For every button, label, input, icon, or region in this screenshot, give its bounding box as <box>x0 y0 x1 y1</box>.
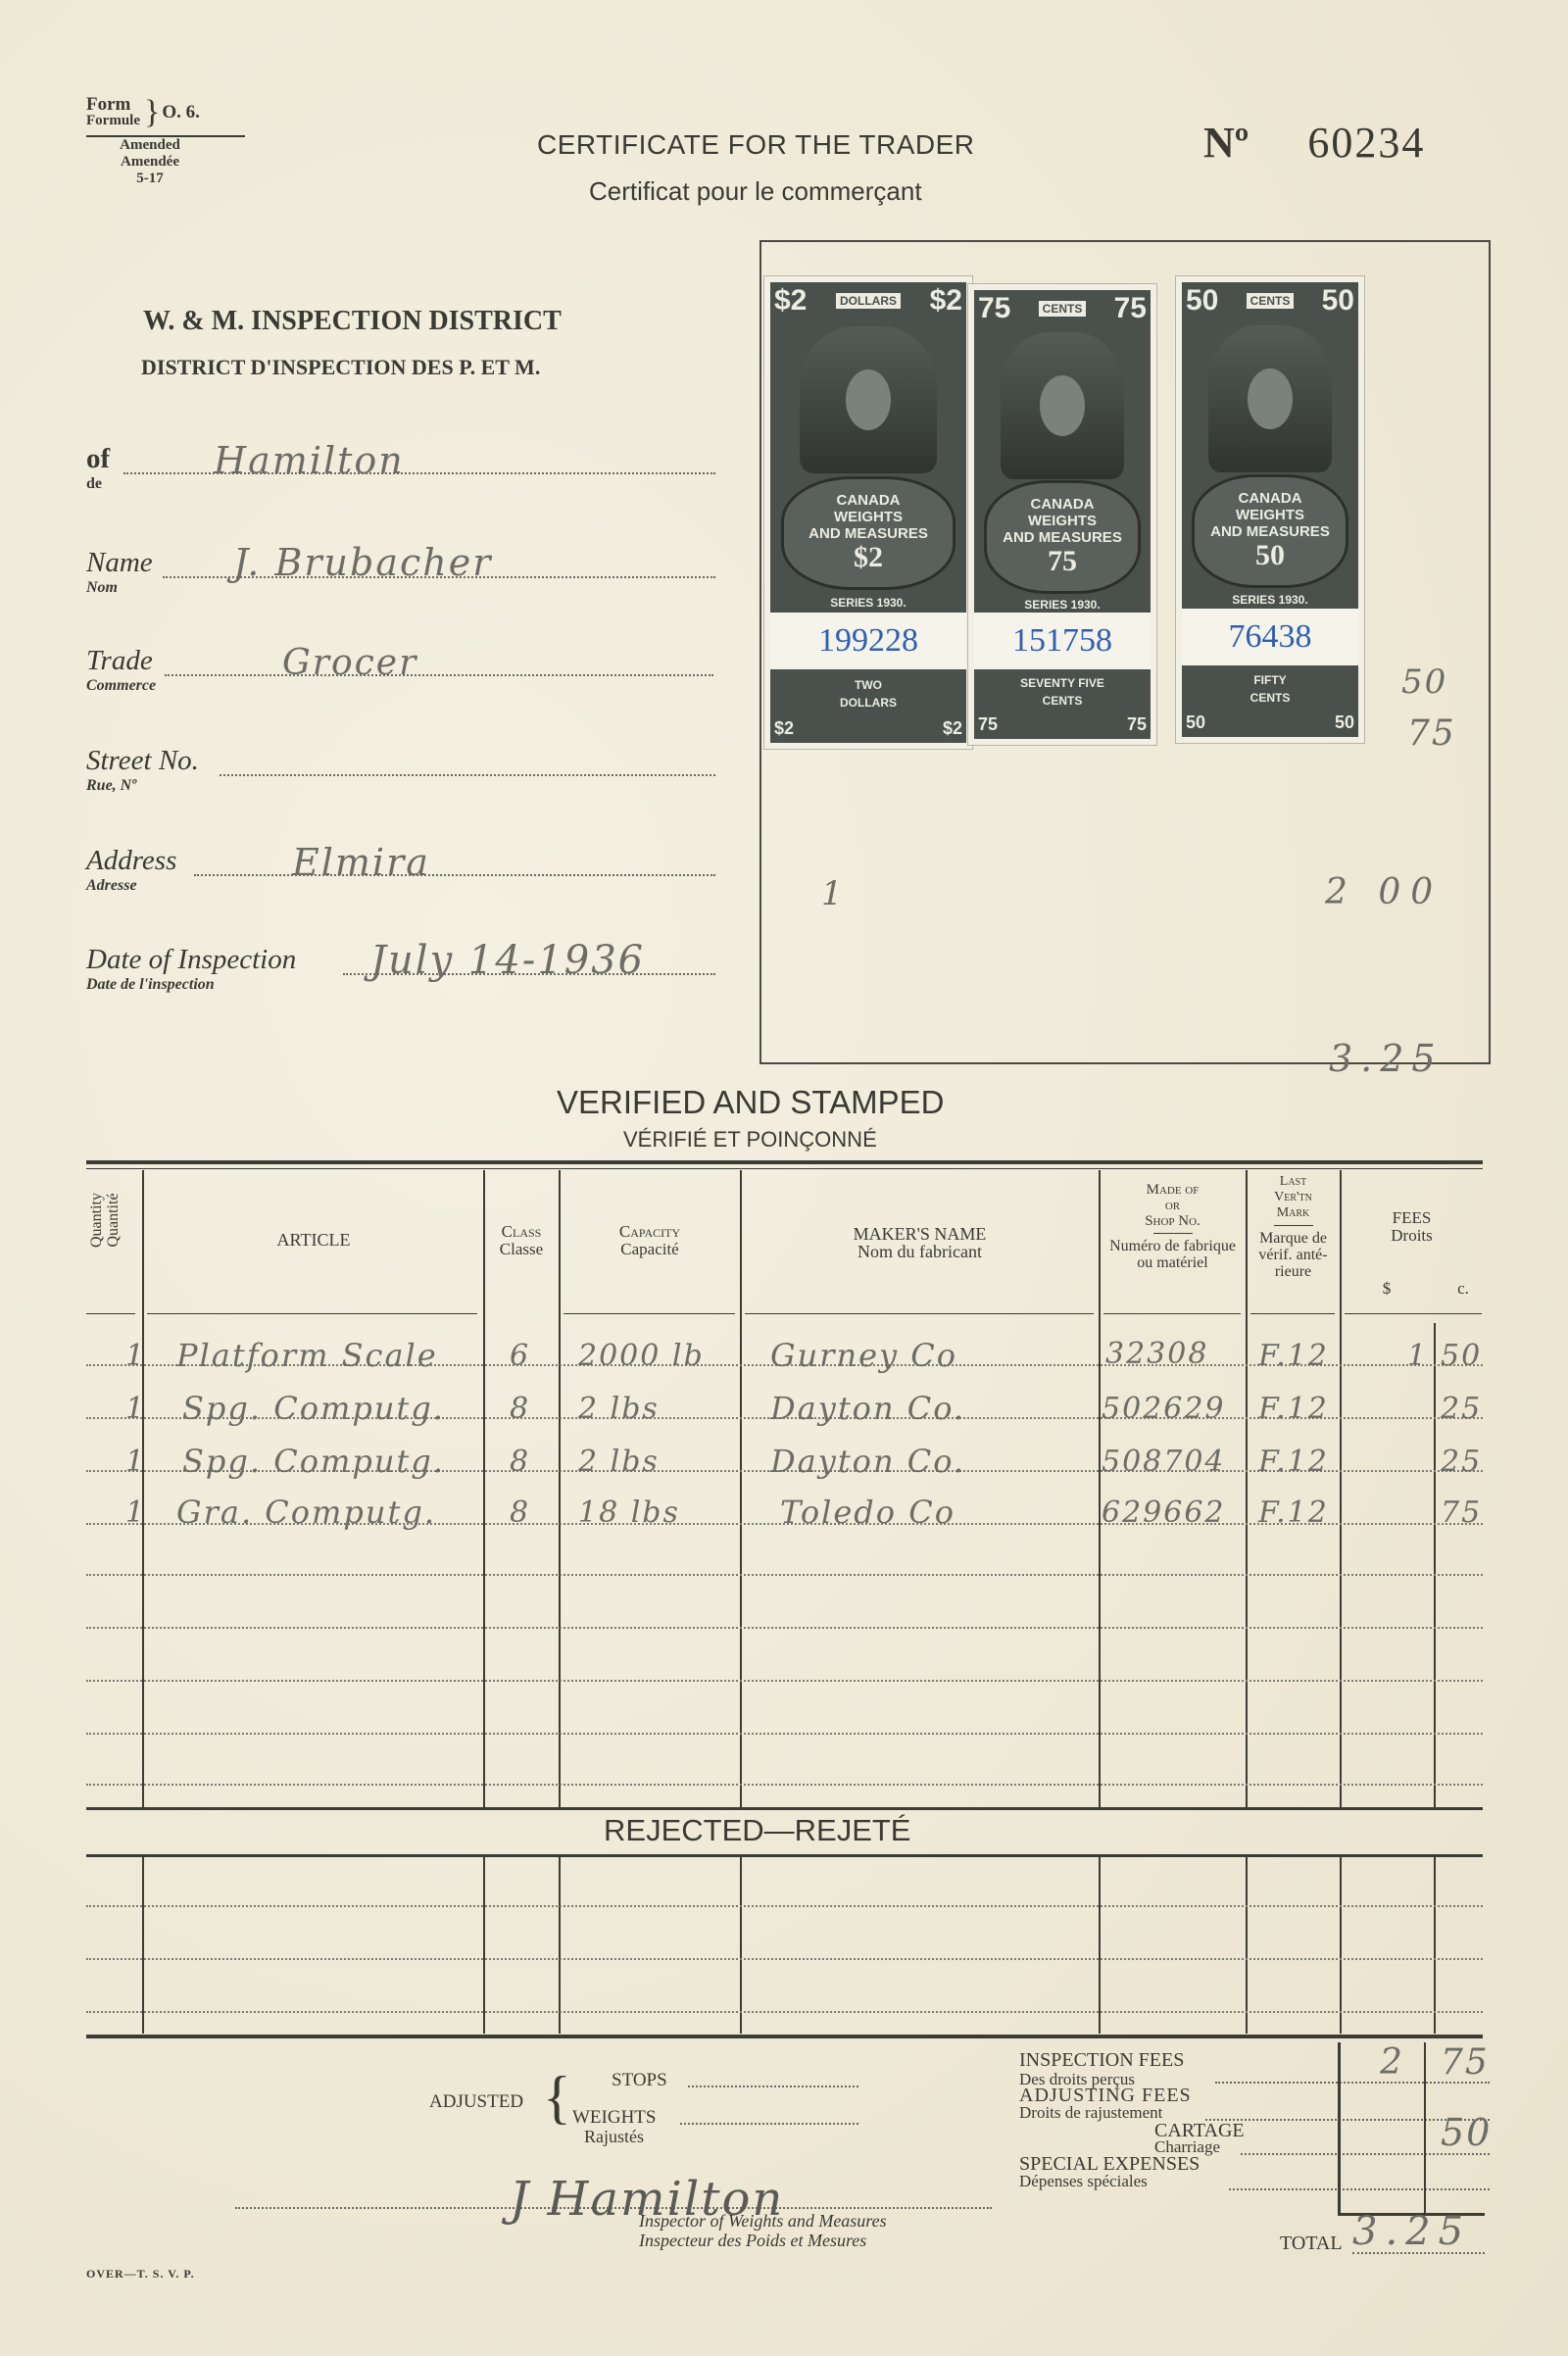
page-title-fr: Certificat pour le commerçant <box>589 176 922 207</box>
header-maker-fr: Nom du fabricant <box>741 1243 1099 1260</box>
stamp-series: SERIES 1930. <box>1232 593 1307 607</box>
stamp-line1: WEIGHTS <box>1236 507 1304 523</box>
stamp-corner-value: $2 <box>930 284 962 318</box>
verified-title: VERIFIED AND STAMPED <box>557 1084 944 1121</box>
cell-qty[interactable]: 1 <box>125 1445 146 1479</box>
stamp-corner-value: 75 <box>1127 714 1147 735</box>
stamp-oval: CANADA WEIGHTS AND MEASURES 75 <box>984 480 1142 594</box>
field-label: Address <box>86 845 176 876</box>
form-label: Form <box>86 96 140 113</box>
header-last2: Ver'tn <box>1247 1190 1340 1205</box>
stamp-line2: AND MEASURES <box>1003 529 1122 546</box>
field-date: Date of Inspection July 14-1936 Date de … <box>86 944 718 994</box>
stamp-line2: AND MEASURES <box>1210 523 1330 540</box>
stamp-oval: CANADA WEIGHTS AND MEASURES 50 <box>1192 474 1349 588</box>
king-portrait-icon <box>1208 325 1332 472</box>
certificate-page: Form Formule } O. 6. Amended Amendée 5-1… <box>0 0 1568 2356</box>
cell-last-mark[interactable]: F.12 <box>1258 1445 1329 1479</box>
signature-title: Inspector of Weights and Measures <box>639 2211 887 2232</box>
field-label: Street No. <box>86 745 199 776</box>
col-header-article: ARTICLE <box>147 1231 480 1249</box>
field-value[interactable]: Elmira <box>292 841 430 884</box>
cell-class[interactable]: 8 <box>510 1392 530 1426</box>
inspection-fees-label: INSPECTION FEES <box>1019 2052 1184 2069</box>
adjusted-label: ADJUSTED <box>429 2091 523 2113</box>
stamp-50-cents: 50CENTS50 CANADA WEIGHTS AND MEASURES 50… <box>1176 276 1364 743</box>
stamp-line1: WEIGHTS <box>834 509 903 525</box>
amended-date: 5-17 <box>86 171 214 187</box>
cell-maker[interactable]: Dayton Co. <box>770 1443 965 1480</box>
verified-title-fr: VÉRIFIÉ ET POINÇONNÉ <box>623 1127 877 1153</box>
adjusting-fees-label-fr: Droits de rajustement <box>1019 2105 1162 2120</box>
note-qty: 1 <box>821 874 845 913</box>
total-value[interactable]: 3.25 <box>1352 2209 1471 2254</box>
stamp-corner-value: 50 <box>1335 712 1354 733</box>
cell-class[interactable]: 6 <box>510 1339 530 1373</box>
cell-shop-no[interactable]: 502629 <box>1102 1392 1226 1426</box>
cell-qty[interactable]: 1 <box>125 1339 146 1373</box>
col-header-shop: Made of or Shop No. Numéro de fabrique o… <box>1100 1182 1246 1271</box>
col-header-capacity: Capacity Capacité <box>560 1223 740 1258</box>
cell-article[interactable]: Spg. Computg. <box>182 1443 445 1480</box>
cell-shop-no[interactable]: 508704 <box>1102 1445 1226 1479</box>
stamp-words1: FIFTY <box>1250 671 1291 689</box>
stamp-country: CANADA <box>1030 496 1094 513</box>
stamp-value: $2 <box>854 542 883 573</box>
cell-class[interactable]: 8 <box>510 1496 530 1530</box>
stamp-words2: DOLLARS <box>840 694 897 712</box>
field-name: Name J. Brubacher Nom <box>86 547 718 597</box>
field-trade: Trade Grocer Commerce <box>86 645 718 695</box>
stamp-oval: CANADA WEIGHTS AND MEASURES $2 <box>781 476 955 590</box>
form-label-fr: Formule <box>86 113 140 129</box>
header-last3: Mark <box>1247 1205 1340 1221</box>
stamp-corner-value: $2 <box>943 718 962 739</box>
note-200: 2 00 <box>1325 872 1443 912</box>
col-header-last-mark: Last Ver'tn Mark Marque de vérif. anté-r… <box>1247 1174 1340 1280</box>
stamp-serial: 199228 <box>770 613 966 669</box>
cell-maker[interactable]: Toledo Co <box>780 1494 955 1531</box>
cell-maker[interactable]: Gurney Co <box>770 1337 957 1374</box>
cell-qty[interactable]: 1 <box>125 1496 146 1530</box>
stamp-denomination: DOLLARS <box>836 293 901 309</box>
cell-shop-no[interactable]: 32308 <box>1105 1337 1208 1371</box>
cartage-label-fr: Charriage <box>1154 2139 1220 2154</box>
field-value[interactable]: Grocer <box>282 643 417 683</box>
stamp-denomination: CENTS <box>1247 293 1295 309</box>
cell-capacity[interactable]: 18 lbs <box>578 1496 680 1530</box>
field-label: Name <box>86 547 153 578</box>
stamp-corner-value: 50 <box>1186 284 1218 318</box>
adjusted-stops-label: STOPS <box>612 2070 667 2091</box>
rejected-title: REJECTED—REJETÉ <box>604 1813 910 1848</box>
cell-capacity[interactable]: 2 lbs <box>578 1445 660 1479</box>
header-fees-fr: Droits <box>1341 1227 1483 1245</box>
cell-cents[interactable]: 25 <box>1441 1445 1482 1479</box>
adjusted-fr: Rajustés <box>584 2127 644 2147</box>
stamp-corner-value: 75 <box>978 292 1010 325</box>
district-title-fr: DISTRICT D'INSPECTION DES P. ET M. <box>141 355 540 380</box>
header-fees: FEES <box>1341 1209 1483 1227</box>
stamp-words2: CENTS <box>1020 692 1104 710</box>
field-value[interactable]: J. Brubacher <box>233 541 492 584</box>
special-expenses-label-fr: Dépenses spéciales <box>1019 2174 1148 2188</box>
header-last1: Last <box>1247 1174 1340 1190</box>
field-label: Trade <box>86 645 153 676</box>
stamp-serial: 76438 <box>1182 609 1358 665</box>
col-header-quantity: Quantity Quantité <box>88 1166 122 1274</box>
cell-shop-no[interactable]: 629662 <box>1102 1496 1226 1530</box>
header-capacity: Capacity <box>560 1223 740 1241</box>
amended-label-fr: Amendée <box>86 154 214 171</box>
king-portrait-icon <box>800 326 937 473</box>
cell-article[interactable]: Platform Scale <box>176 1337 438 1374</box>
stamp-series: SERIES 1930. <box>1024 598 1100 612</box>
col-header-maker: MAKER'S NAME Nom du fabricant <box>741 1225 1099 1260</box>
stamp-series: SERIES 1930. <box>830 596 906 610</box>
stamp-corner-value: 50 <box>1186 712 1205 733</box>
note-75: 75 <box>1407 713 1456 754</box>
header-capacity-fr: Capacité <box>560 1241 740 1258</box>
field-label: of <box>86 443 110 474</box>
field-of: of Hamilton de <box>86 443 718 493</box>
adjusted-weights-field[interactable] <box>680 2123 858 2125</box>
field-label-fr: Rue, Nº <box>86 777 718 795</box>
cell-article[interactable]: Gra. Computg. <box>176 1494 436 1531</box>
inspection-fees-cents[interactable]: 75 <box>1441 2042 1490 2083</box>
stamp-corner-value: $2 <box>774 284 807 318</box>
header-shop-fr: Numéro de fabrique ou matériel <box>1100 1238 1246 1271</box>
king-portrait-icon <box>1001 332 1124 479</box>
stamp-value: 50 <box>1255 540 1285 571</box>
cell-cents[interactable]: 75 <box>1441 1496 1482 1530</box>
signature-title-fr: Inspecteur des Poids et Mesures <box>639 2231 866 2251</box>
stamp-country: CANADA <box>1238 490 1301 507</box>
col-header-dollars: $ <box>1372 1280 1401 1298</box>
field-value[interactable]: Hamilton <box>214 439 405 482</box>
header-class-fr: Classe <box>484 1241 559 1258</box>
adjusting-fees-label: ADJUSTING FEES <box>1019 2087 1192 2104</box>
adjusted-stops-field[interactable] <box>688 2086 858 2087</box>
adjusted-weights-label: WEIGHTS <box>572 2107 656 2129</box>
header-class: Class <box>484 1223 559 1241</box>
col-header-fees: FEES Droits <box>1341 1209 1483 1245</box>
header-shop1: Made of <box>1100 1182 1246 1198</box>
stamp-words1: SEVENTY FIVE <box>1020 674 1104 692</box>
adjusting-fees-cents[interactable]: 50 <box>1441 2111 1492 2154</box>
number-value: 60234 <box>1307 118 1425 168</box>
number-label: Nº <box>1203 118 1249 168</box>
cell-qty[interactable]: 1 <box>125 1392 146 1426</box>
field-street: Street No. Rue, Nº <box>86 745 718 795</box>
stamp-corner-value: $2 <box>774 718 794 739</box>
stamp-line1: WEIGHTS <box>1028 513 1097 529</box>
cell-capacity[interactable]: 2000 lb <box>578 1339 705 1373</box>
header-quantity: Quantity <box>88 1166 105 1274</box>
cell-article[interactable]: Spg. Computg. <box>182 1390 445 1427</box>
stamp-words1: TWO <box>840 676 897 694</box>
stamp-corner-value: 50 <box>1322 284 1354 318</box>
stamp-2-dollars: $2DOLLARS$2 CANADA WEIGHTS AND MEASURES … <box>764 276 972 749</box>
district-title: W. & M. INSPECTION DISTRICT <box>143 306 562 337</box>
fees-summary: INSPECTION FEES Des droits perçus ADJUST… <box>1019 2042 1490 2278</box>
cell-last-mark[interactable]: F.12 <box>1258 1392 1329 1426</box>
stamp-serial: 151758 <box>974 613 1151 669</box>
stamp-country: CANADA <box>837 492 901 509</box>
note-50: 50 <box>1401 663 1447 702</box>
cell-maker[interactable]: Dayton Co. <box>770 1390 965 1427</box>
stamp-corner-value: 75 <box>1114 292 1147 325</box>
inspection-fees-dollars[interactable]: 2 <box>1380 2042 1404 2083</box>
stamp-denomination: CENTS <box>1039 301 1087 317</box>
total-label: TOTAL <box>1280 2233 1343 2255</box>
form-id-block: Form Formule } O. 6. Amended Amendée 5-1… <box>86 94 248 187</box>
header-maker: MAKER'S NAME <box>741 1225 1099 1243</box>
note-sum: 3.25 <box>1329 1037 1444 1080</box>
header-last-fr: Marque de vérif. anté-rieure <box>1247 1230 1340 1280</box>
stamp-value: 75 <box>1048 546 1077 577</box>
field-address: Address Elmira Adresse <box>86 845 718 895</box>
certificate-number: Nº 60234 <box>1203 118 1425 168</box>
col-header-cents: c. <box>1448 1280 1478 1298</box>
cell-class[interactable]: 8 <box>510 1445 530 1479</box>
stamp-75-cents: 75CENTS75 CANADA WEIGHTS AND MEASURES 75… <box>968 284 1156 745</box>
stamp-line2: AND MEASURES <box>808 525 928 542</box>
cell-capacity[interactable]: 2 lbs <box>578 1392 660 1426</box>
adjusted-block: ADJUSTED { STOPS WEIGHTS Rajustés <box>429 2066 860 2144</box>
field-label: Date of Inspection <box>86 944 296 975</box>
footer-over: OVER—T. S. V. P. <box>86 2267 195 2282</box>
stamp-words2: CENTS <box>1250 689 1291 707</box>
page-title: CERTIFICATE FOR THE TRADER <box>537 129 975 161</box>
field-value[interactable]: July 14-1936 <box>370 938 645 983</box>
col-header-class: Class Classe <box>484 1223 559 1258</box>
form-number: O. 6. <box>162 102 200 123</box>
header-quantity-fr: Quantité <box>105 1166 122 1274</box>
cell-cents[interactable]: 50 <box>1441 1339 1482 1373</box>
cell-dollars[interactable]: 1 <box>1407 1339 1428 1373</box>
header-shop2: or <box>1100 1198 1246 1213</box>
cell-last-mark[interactable]: F.12 <box>1258 1339 1329 1373</box>
cell-cents[interactable]: 25 <box>1441 1392 1482 1426</box>
amended-label: Amended <box>86 137 214 154</box>
stamp-corner-value: 75 <box>978 714 998 735</box>
special-expenses-label: SPECIAL EXPENSES <box>1019 2156 1200 2173</box>
cell-last-mark[interactable]: F.12 <box>1258 1496 1329 1530</box>
header-shop3: Shop No. <box>1100 1213 1246 1229</box>
